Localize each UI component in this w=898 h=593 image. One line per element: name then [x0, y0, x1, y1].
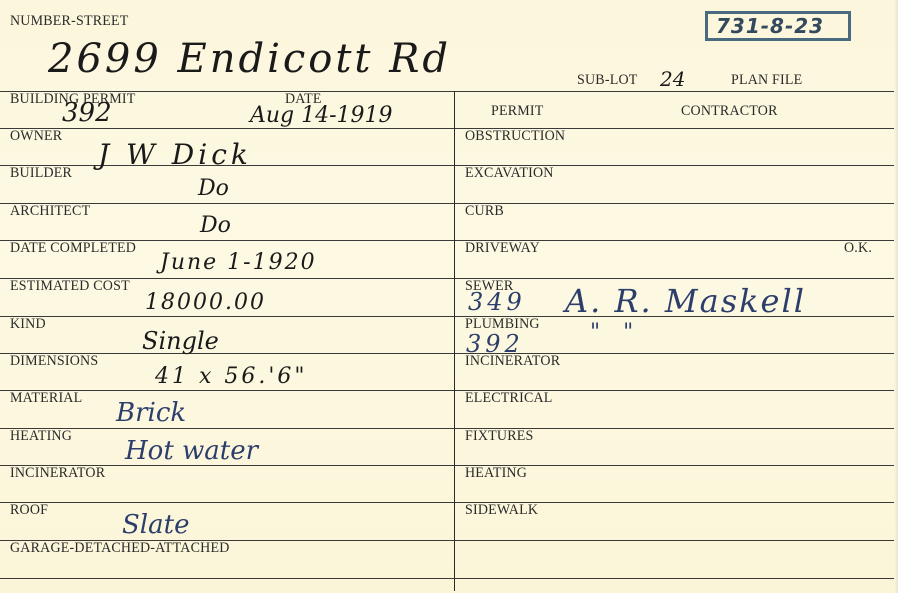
- file-number-stamp: 731-8-23: [705, 11, 851, 41]
- file-number-text: 731-8-23: [716, 14, 824, 38]
- driveway-label: DRIVEWAY: [465, 241, 540, 258]
- rule-13: [0, 578, 898, 579]
- rule-9: [0, 428, 898, 429]
- garage-label: GARAGE-DETACHED-ATTACHED: [10, 541, 230, 558]
- excavation-label: EXCAVATION: [465, 166, 554, 183]
- rule-8: [0, 390, 898, 391]
- estimated-cost-value: 18000.00: [145, 290, 266, 315]
- owner-value: J W Dick: [98, 138, 252, 171]
- owner-label: OWNER: [10, 129, 62, 146]
- builder-label: BUILDER: [10, 166, 72, 183]
- column-divider: [454, 91, 455, 591]
- roof-label: ROOF: [10, 503, 48, 520]
- permit-column-header: PERMIT: [491, 104, 544, 121]
- fixtures-label: FIXTURES: [465, 429, 534, 446]
- date-completed-value: June 1-1920: [160, 250, 317, 275]
- rule-5: [0, 278, 898, 279]
- kind-label: KIND: [10, 317, 46, 334]
- number-street-label: NUMBER-STREET: [10, 14, 129, 31]
- sub-lot-value: 24: [660, 67, 685, 91]
- card-edge: [894, 0, 898, 593]
- sewer-permit: 349: [468, 288, 526, 316]
- permit-card: NUMBER-STREET 2699 Endicott Rd 731-8-23 …: [0, 0, 898, 593]
- material-value: Brick: [116, 398, 186, 428]
- sidewalk-label: SIDEWALK: [465, 503, 538, 520]
- rule-1: [0, 128, 898, 129]
- plumbing-contractor: " ": [590, 320, 641, 345]
- dimensions-value: 41 x 56.'6": [155, 364, 308, 389]
- curb-label: CURB: [465, 204, 504, 221]
- material-label: MATERIAL: [10, 391, 82, 408]
- incinerator-permit-label: INCINERATOR: [465, 354, 560, 371]
- contractor-column-header: CONTRACTOR: [681, 104, 778, 121]
- driveway-note: O.K.: [844, 241, 872, 258]
- building-permit-value: 392: [62, 98, 112, 128]
- heating-label: HEATING: [10, 429, 72, 446]
- date-completed-label: DATE COMPLETED: [10, 241, 136, 258]
- rule-3: [0, 203, 898, 204]
- architect-label: ARCHITECT: [10, 204, 90, 221]
- architect-value: Do: [200, 213, 231, 238]
- electrical-label: ELECTRICAL: [465, 391, 553, 408]
- heating-value: Hot water: [125, 436, 258, 466]
- kind-value: Single: [142, 327, 219, 355]
- plan-file-label: PLAN FILE: [731, 73, 802, 90]
- rule-7: [0, 353, 898, 354]
- date-value: Aug 14-1919: [250, 103, 393, 128]
- obstruction-label: OBSTRUCTION: [465, 129, 565, 146]
- incinerator-label: INCINERATOR: [10, 466, 105, 483]
- number-street-value: 2699 Endicott Rd: [48, 36, 451, 82]
- dimensions-label: DIMENSIONS: [10, 354, 98, 371]
- roof-value: Slate: [122, 510, 189, 540]
- sewer-contractor: A. R. Maskell: [565, 282, 806, 320]
- heating-permit-label: HEATING: [465, 466, 527, 483]
- estimated-cost-label: ESTIMATED COST: [10, 279, 130, 296]
- sub-lot-label: SUB-LOT: [577, 73, 638, 90]
- builder-value: Do: [198, 176, 229, 201]
- rule-11: [0, 502, 898, 503]
